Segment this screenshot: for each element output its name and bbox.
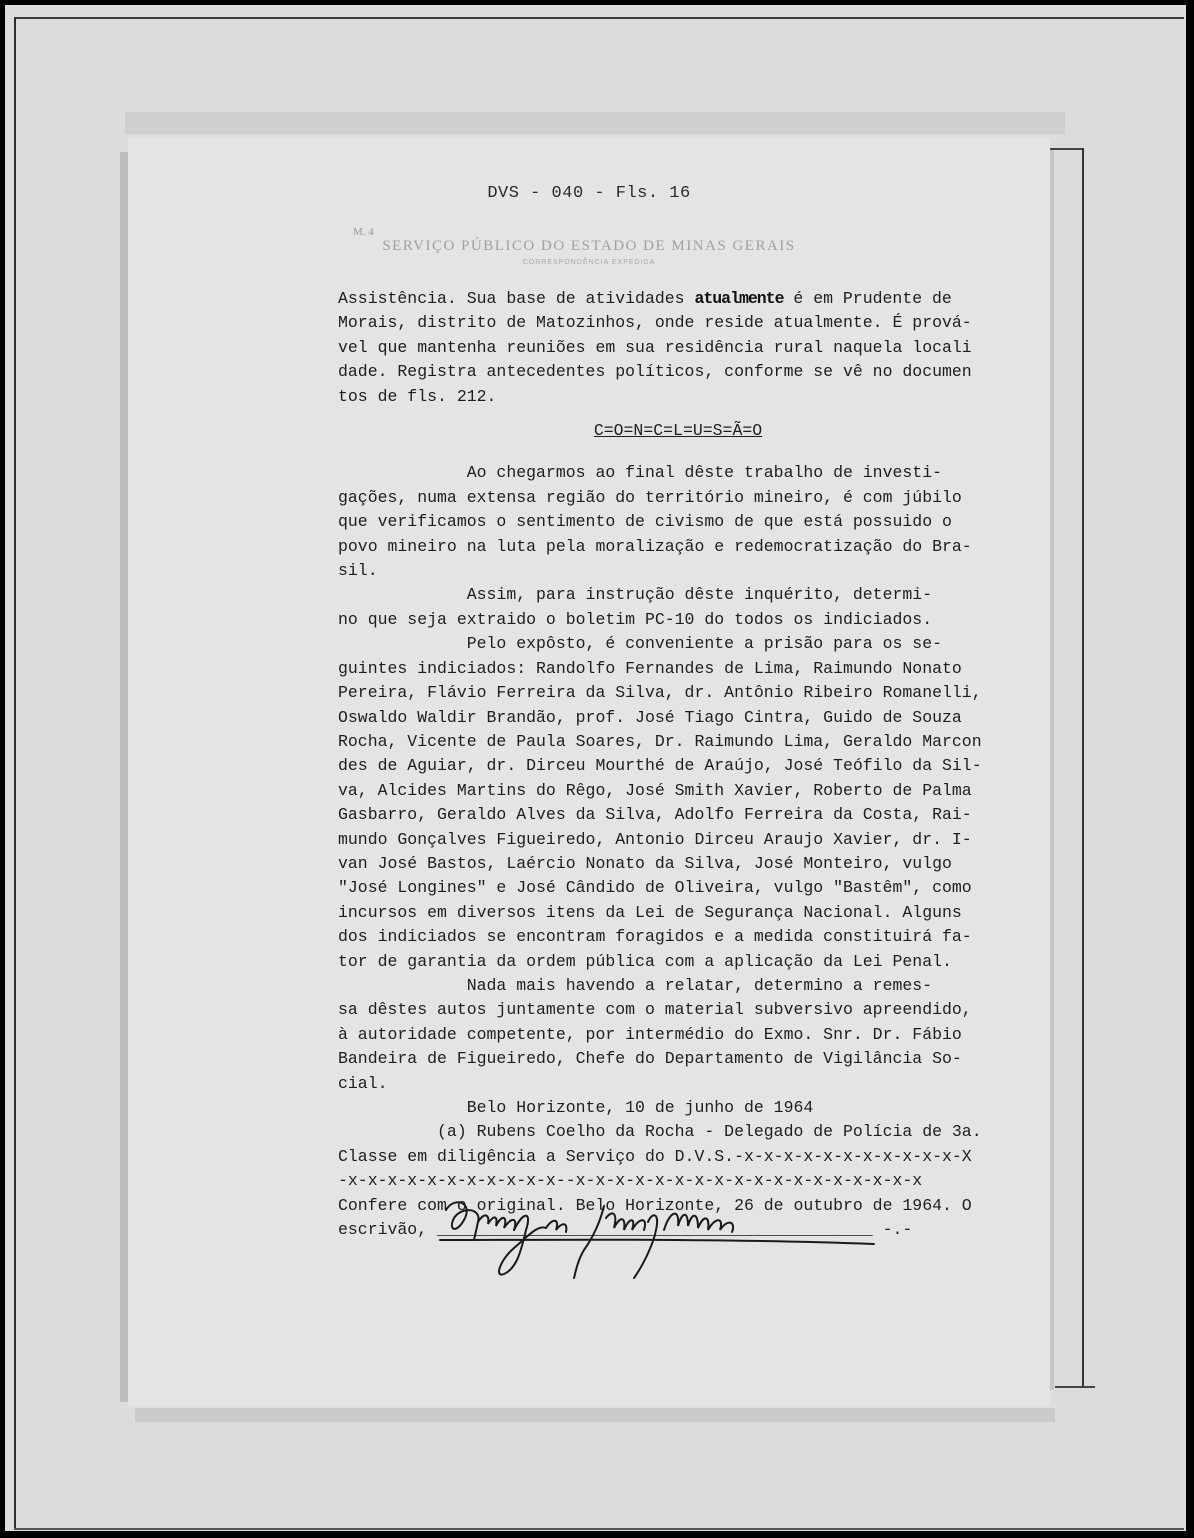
text-line: "José Longines" e José Cândido de Olivei… [338, 876, 1018, 900]
text-line: Rocha, Vicente de Paula Soares, Dr. Raim… [338, 730, 1018, 754]
back-sheet-edge-bottom [1055, 1386, 1095, 1388]
document-reference: DVS - 040 - Fls. 16 [128, 184, 1050, 203]
clerk-line: escrivão, ______________________________… [338, 1218, 1018, 1242]
section-title: C=O=N=C=L=U=S=Ã=O [338, 419, 1018, 443]
frame-border-left [14, 17, 16, 1529]
text-line: que verificamos o sentimento de civismo … [338, 510, 1018, 534]
text-line: Assistência. Sua base de atividades atua… [338, 287, 1018, 311]
text-line: dade. Registra antecedentes políticos, c… [338, 360, 1018, 384]
text-line: gações, numa extensa região do territóri… [338, 486, 1018, 510]
letterhead: SERVIÇO PÚBLICO DO ESTADO DE MINAS GERAI… [128, 238, 1050, 255]
text-line: incursos em diversos itens da Lei de Seg… [338, 901, 1018, 925]
text-line: no que seja extraido o boletim PC-10 do … [338, 608, 1018, 632]
text-line: Bandeira de Figueiredo, Chefe do Departa… [338, 1047, 1018, 1071]
text-line: Pelo expôsto, é conveniente a prisão par… [338, 632, 1018, 656]
text-segment: é em Prudente de [784, 289, 952, 308]
back-sheet-edge-right [1082, 148, 1084, 1386]
back-sheet-edge-top [1047, 148, 1084, 150]
letterhead-subtitle: CORRESPONDÊNCIA EXPEDIDA [128, 259, 1050, 266]
form-code: M. 4 [353, 226, 374, 238]
signatory-line: (a) Rubens Coelho da Rocha - Delegado de… [338, 1120, 1018, 1144]
text-line: mundo Gonçalves Figueiredo, Antonio Dirc… [338, 828, 1018, 852]
date-line: Belo Horizonte, 10 de junho de 1964 [338, 1096, 1018, 1120]
text-line: Ao chegarmos ao final dêste trabalho de … [338, 461, 1018, 485]
signature-block: escrivão, ______________________________… [338, 1218, 1018, 1242]
text-line: sa dêstes autos juntamente com o materia… [338, 998, 1018, 1022]
document-page: DVS - 040 - Fls. 16 M. 4 SERVIÇO PÚBLICO… [128, 138, 1050, 1406]
text-line: cial. [338, 1072, 1018, 1096]
text-line: des de Aguiar, dr. Dirceu Mourthé de Ara… [338, 754, 1018, 778]
text-line: tor de garantia da ordem pública com a a… [338, 950, 1018, 974]
text-line: -x-x-x-x-x-x-x-x-x-x-x--x-x-x-x-x-x-x-x-… [338, 1169, 1018, 1193]
text-line: guintes indiciados: Randolfo Fernandes d… [338, 657, 1018, 681]
frame-border-top [14, 17, 1184, 19]
text-line: Nada mais havendo a relatar, determino a… [338, 974, 1018, 998]
text-line: sil. [338, 559, 1018, 583]
page-shadow-bottom [135, 1408, 1055, 1422]
text-line: dos indiciados se encontram foragidos e … [338, 925, 1018, 949]
text-line: van José Bastos, Laércio Nonato da Silva… [338, 852, 1018, 876]
text-line: Pereira, Flávio Ferreira da Silva, dr. A… [338, 681, 1018, 705]
text-line: Classe em diligência a Serviço do D.V.S.… [338, 1145, 1018, 1169]
text-line: Oswaldo Waldir Brandão, prof. José Tiago… [338, 706, 1018, 730]
certification-line: Confere com o original. Belo Horizonte, … [338, 1194, 1018, 1218]
text-line: vel que mantenha reuniões em sua residên… [338, 336, 1018, 360]
text-line: tos de fls. 212. [338, 385, 1018, 409]
text-line: Gasbarro, Geraldo Alves da Silva, Adolfo… [338, 803, 1018, 827]
text-line: povo mineiro na luta pela moralização e … [338, 535, 1018, 559]
text-segment: Assistência. Sua base de atividades [338, 289, 694, 308]
page-shadow-left [120, 152, 128, 1402]
text-line: va, Alcides Martins do Rêgo, José Smith … [338, 779, 1018, 803]
frame-border-bottom [14, 1528, 1184, 1530]
text-line: Morais, distrito de Matozinhos, onde res… [338, 311, 1018, 335]
page-shadow-top [125, 112, 1065, 134]
struck-out-word: atualmente [694, 289, 783, 308]
document-body: Assistência. Sua base de atividades atua… [338, 287, 1018, 1242]
text-line: Assim, para instrução dêste inquérito, d… [338, 583, 1018, 607]
text-line: à autoridade competente, por intermédio … [338, 1023, 1018, 1047]
